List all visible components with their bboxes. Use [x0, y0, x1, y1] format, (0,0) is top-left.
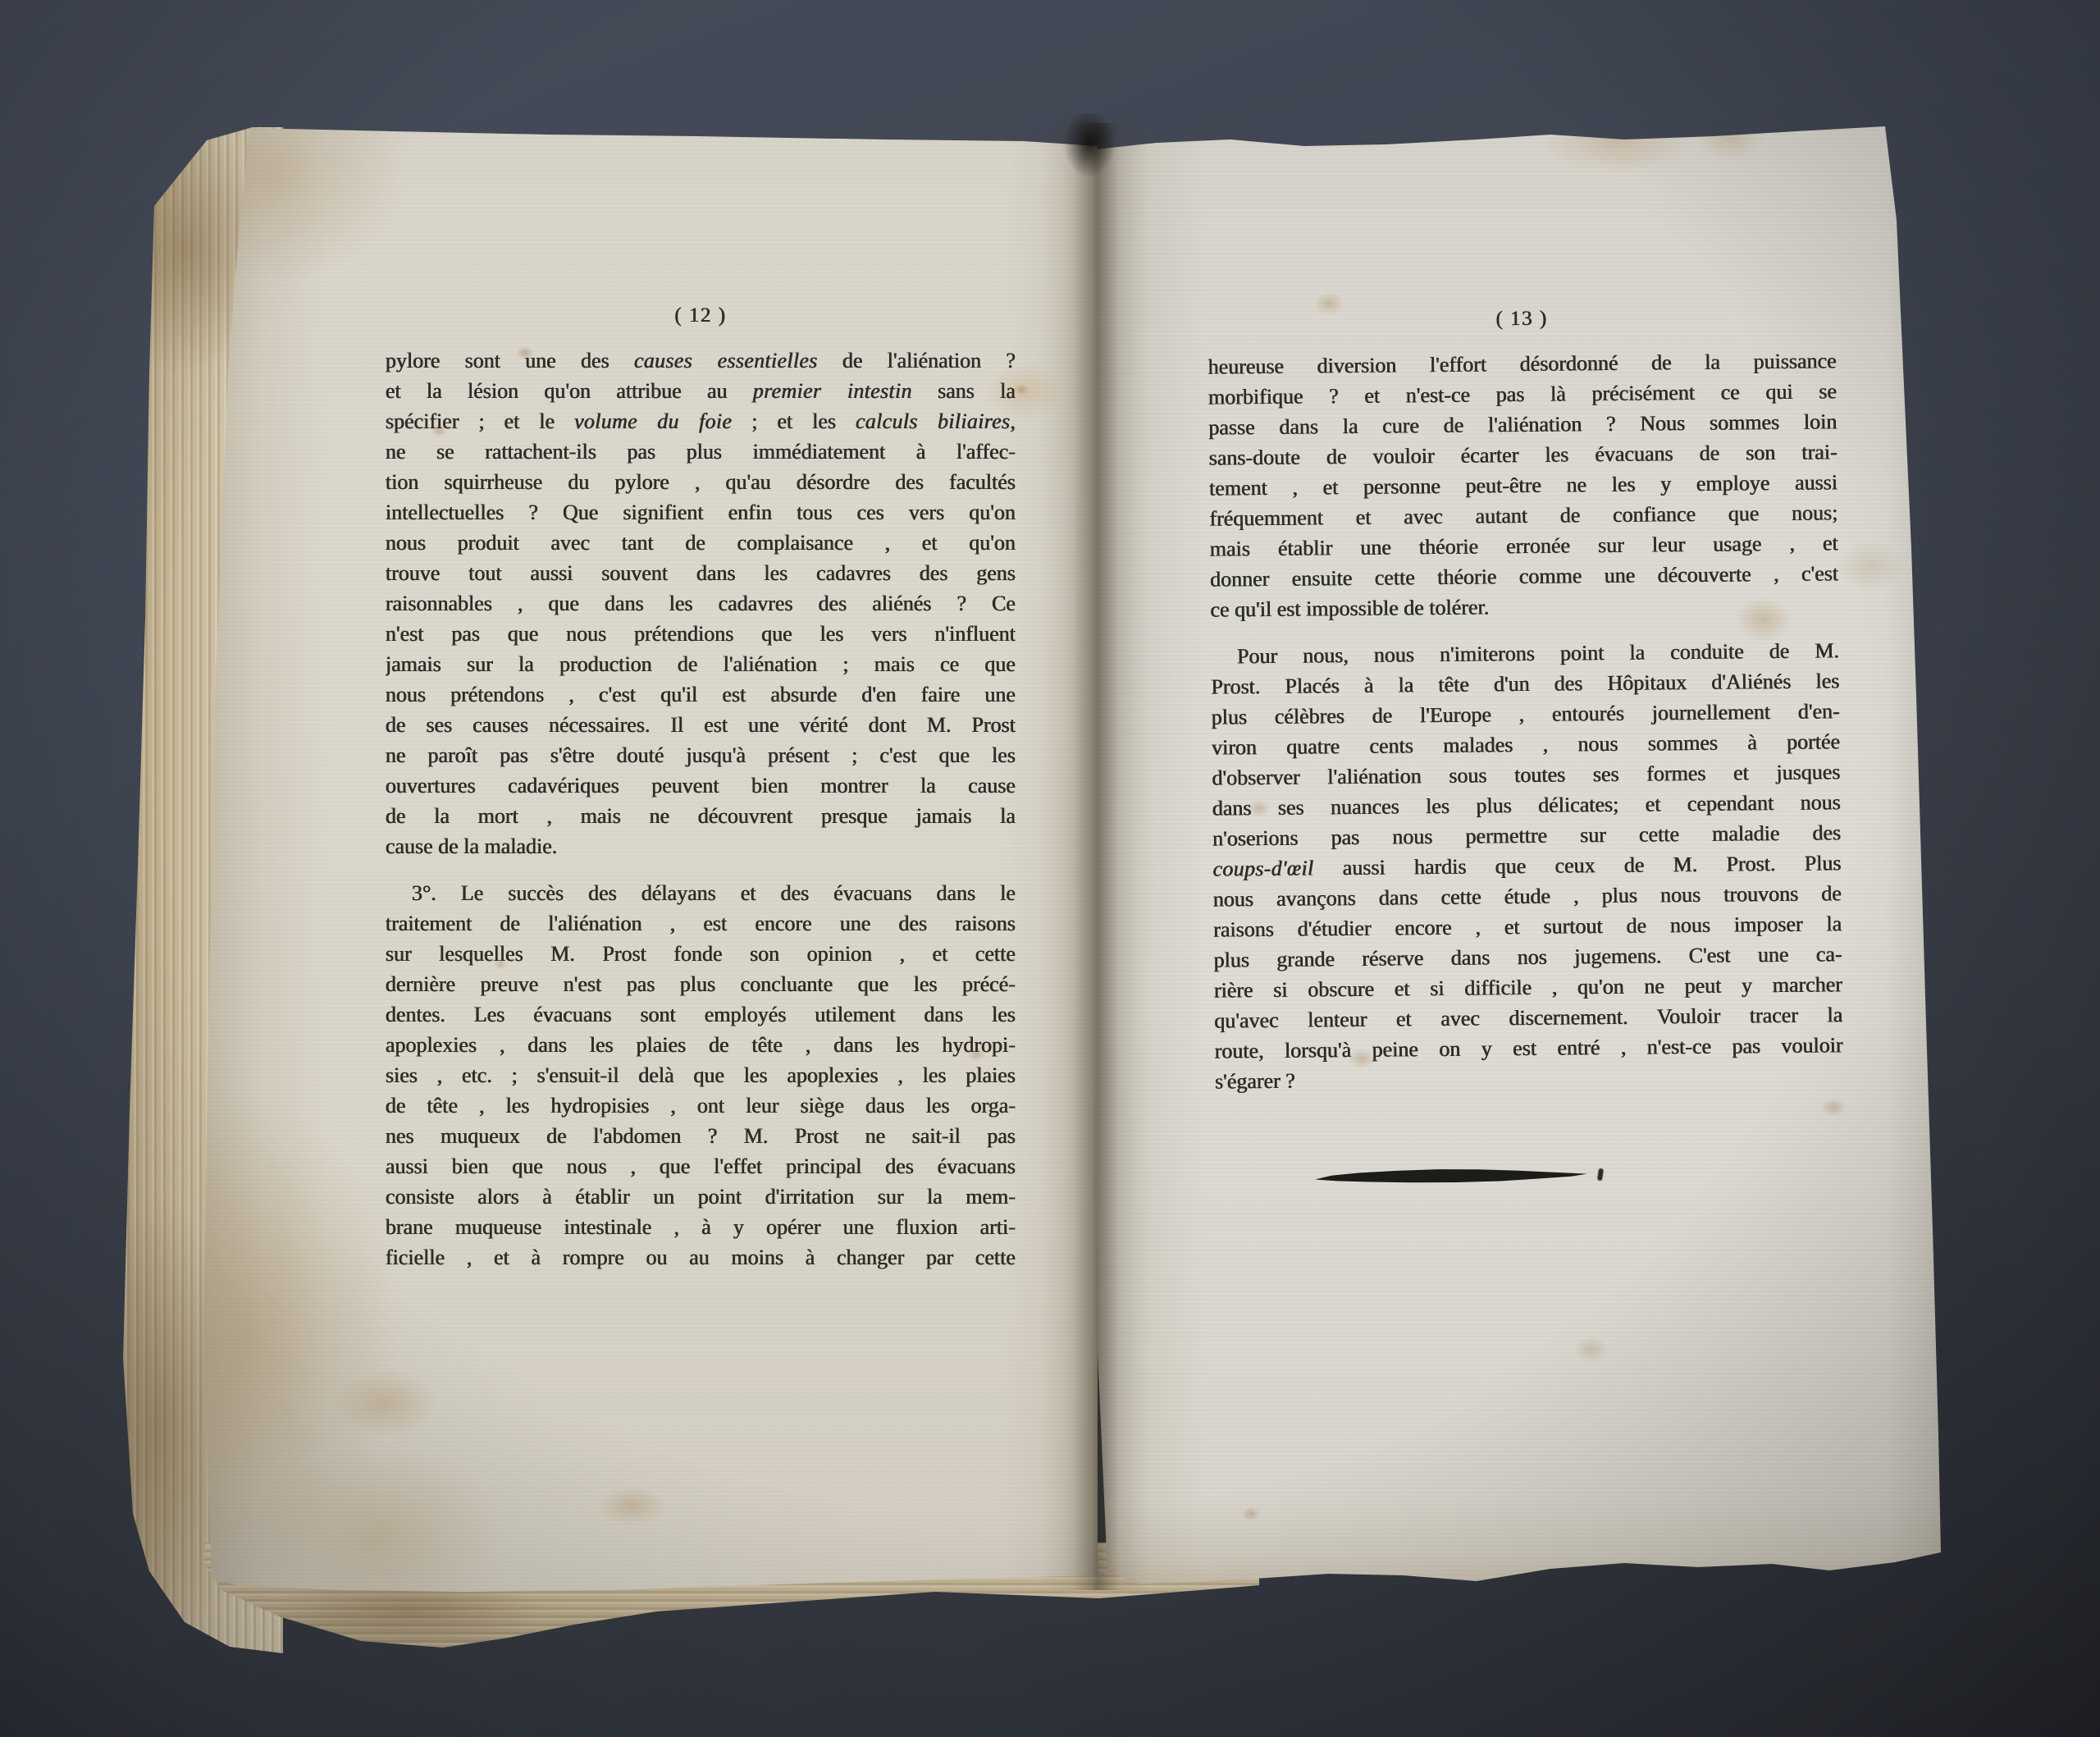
- right-page-text-block: ( 13 ) heureuse diversion l'effort désor…: [1207, 300, 1843, 1096]
- left-page-paragraphs: pylore sont une des causes essentielles …: [386, 345, 1016, 1273]
- text-line: nes muqueux de l'abdomen ? M. Prost ne s…: [386, 1121, 1016, 1151]
- text-line: ficielle , et à rompre ou au moins à cha…: [386, 1242, 1016, 1273]
- text-line: jamais sur la production de l'aliénation…: [386, 649, 1016, 679]
- text-line: trouve tout aussi souvent dans les cadav…: [386, 558, 1016, 588]
- text-line: et la lésion qu'on attribue au premier i…: [386, 376, 1016, 406]
- text-line: nous produit avec tant de complaisance ,…: [386, 528, 1016, 558]
- text-line: consiste alors à établir un point d'irri…: [386, 1182, 1016, 1212]
- paragraph: Pour nous, nous n'imiterons point la con…: [1211, 635, 1843, 1096]
- left-page-text-block: ( 12 ) pylore sont une des causes essent…: [386, 300, 1016, 1273]
- text-line: route, lorsqu'à peine on y est entré , n…: [1215, 1030, 1843, 1066]
- text-line: de tête , les hydropisies , ont leur siè…: [386, 1090, 1016, 1121]
- text-line: ce qu'il est impossible de tolérer.: [1210, 588, 1838, 624]
- paragraph: heureuse diversion l'effort désordonné d…: [1208, 345, 1839, 624]
- text-line: dernière preuve n'est pas plus concluant…: [386, 969, 1016, 999]
- paragraph: 3°. Le succès des délayans et des évacua…: [386, 878, 1016, 1273]
- ink-speck: [1597, 1168, 1604, 1182]
- text-line: s'égarer ?: [1215, 1060, 1843, 1096]
- text-line: de la mort , mais ne découvrent presque …: [386, 801, 1016, 831]
- left-page: ( 12 ) pylore sont une des causes essent…: [203, 125, 1098, 1595]
- text-line: sies , etc. ; s'ensuit-il delà que les a…: [386, 1060, 1016, 1090]
- text-line: ne se rattachent-ils pas plus immédiatem…: [386, 437, 1016, 467]
- text-line: dentes. Les évacuans sont employés utile…: [386, 999, 1016, 1030]
- page-number-right: ( 13 ): [1207, 300, 1836, 336]
- right-page-paragraphs: heureuse diversion l'effort désordonné d…: [1208, 345, 1844, 1096]
- text-line: tion squirrheuse du pylore , qu'au désor…: [386, 467, 1016, 497]
- right-page: ( 13 ) heureuse diversion l'effort désor…: [1091, 121, 1942, 1592]
- text-line: apoplexies , dans les plaies de tête , d…: [386, 1030, 1016, 1060]
- text-line: intellectuelles ? Que signifient enfin t…: [386, 497, 1016, 528]
- paragraph: pylore sont une des causes essentielles …: [386, 345, 1016, 862]
- text-line: ouvertures cadavériques peuvent bien mon…: [386, 770, 1016, 801]
- text-line: donner ensuite cette théorie comme une d…: [1210, 558, 1838, 594]
- text-line: nous prétendons , c'est qu'il est absurd…: [386, 679, 1016, 710]
- text-line: traitement de l'aliénation , est encore …: [386, 908, 1016, 939]
- text-line: brane muqueuse intestinale , à y opérer …: [386, 1212, 1016, 1242]
- swelled-rule-ornament: [1315, 1163, 1587, 1190]
- text-line: 3°. Le succès des délayans et des évacua…: [386, 878, 1016, 908]
- text-line: n'est pas que nous prétendions que les v…: [386, 619, 1016, 649]
- text-line: sur lesquelles M. Prost fonde son opinio…: [386, 939, 1016, 969]
- photo-of-open-book: ( 12 ) pylore sont une des causes essent…: [0, 0, 2100, 1737]
- text-line: ne paroît pas s'être douté jusqu'à prése…: [386, 740, 1016, 770]
- text-line: cause de la maladie.: [386, 831, 1016, 862]
- text-line: raisonnables , que dans les cadavres des…: [386, 588, 1016, 619]
- text-line: aussi bien que nous , que l'effet princi…: [386, 1151, 1016, 1182]
- page-number-left: ( 12 ): [386, 300, 1016, 331]
- text-line: pylore sont une des causes essentielles …: [386, 345, 1016, 376]
- text-line: spécifier ; et le volume du foie ; et le…: [386, 406, 1016, 437]
- text-line: de ses causes nécessaires. Il est une vé…: [386, 710, 1016, 740]
